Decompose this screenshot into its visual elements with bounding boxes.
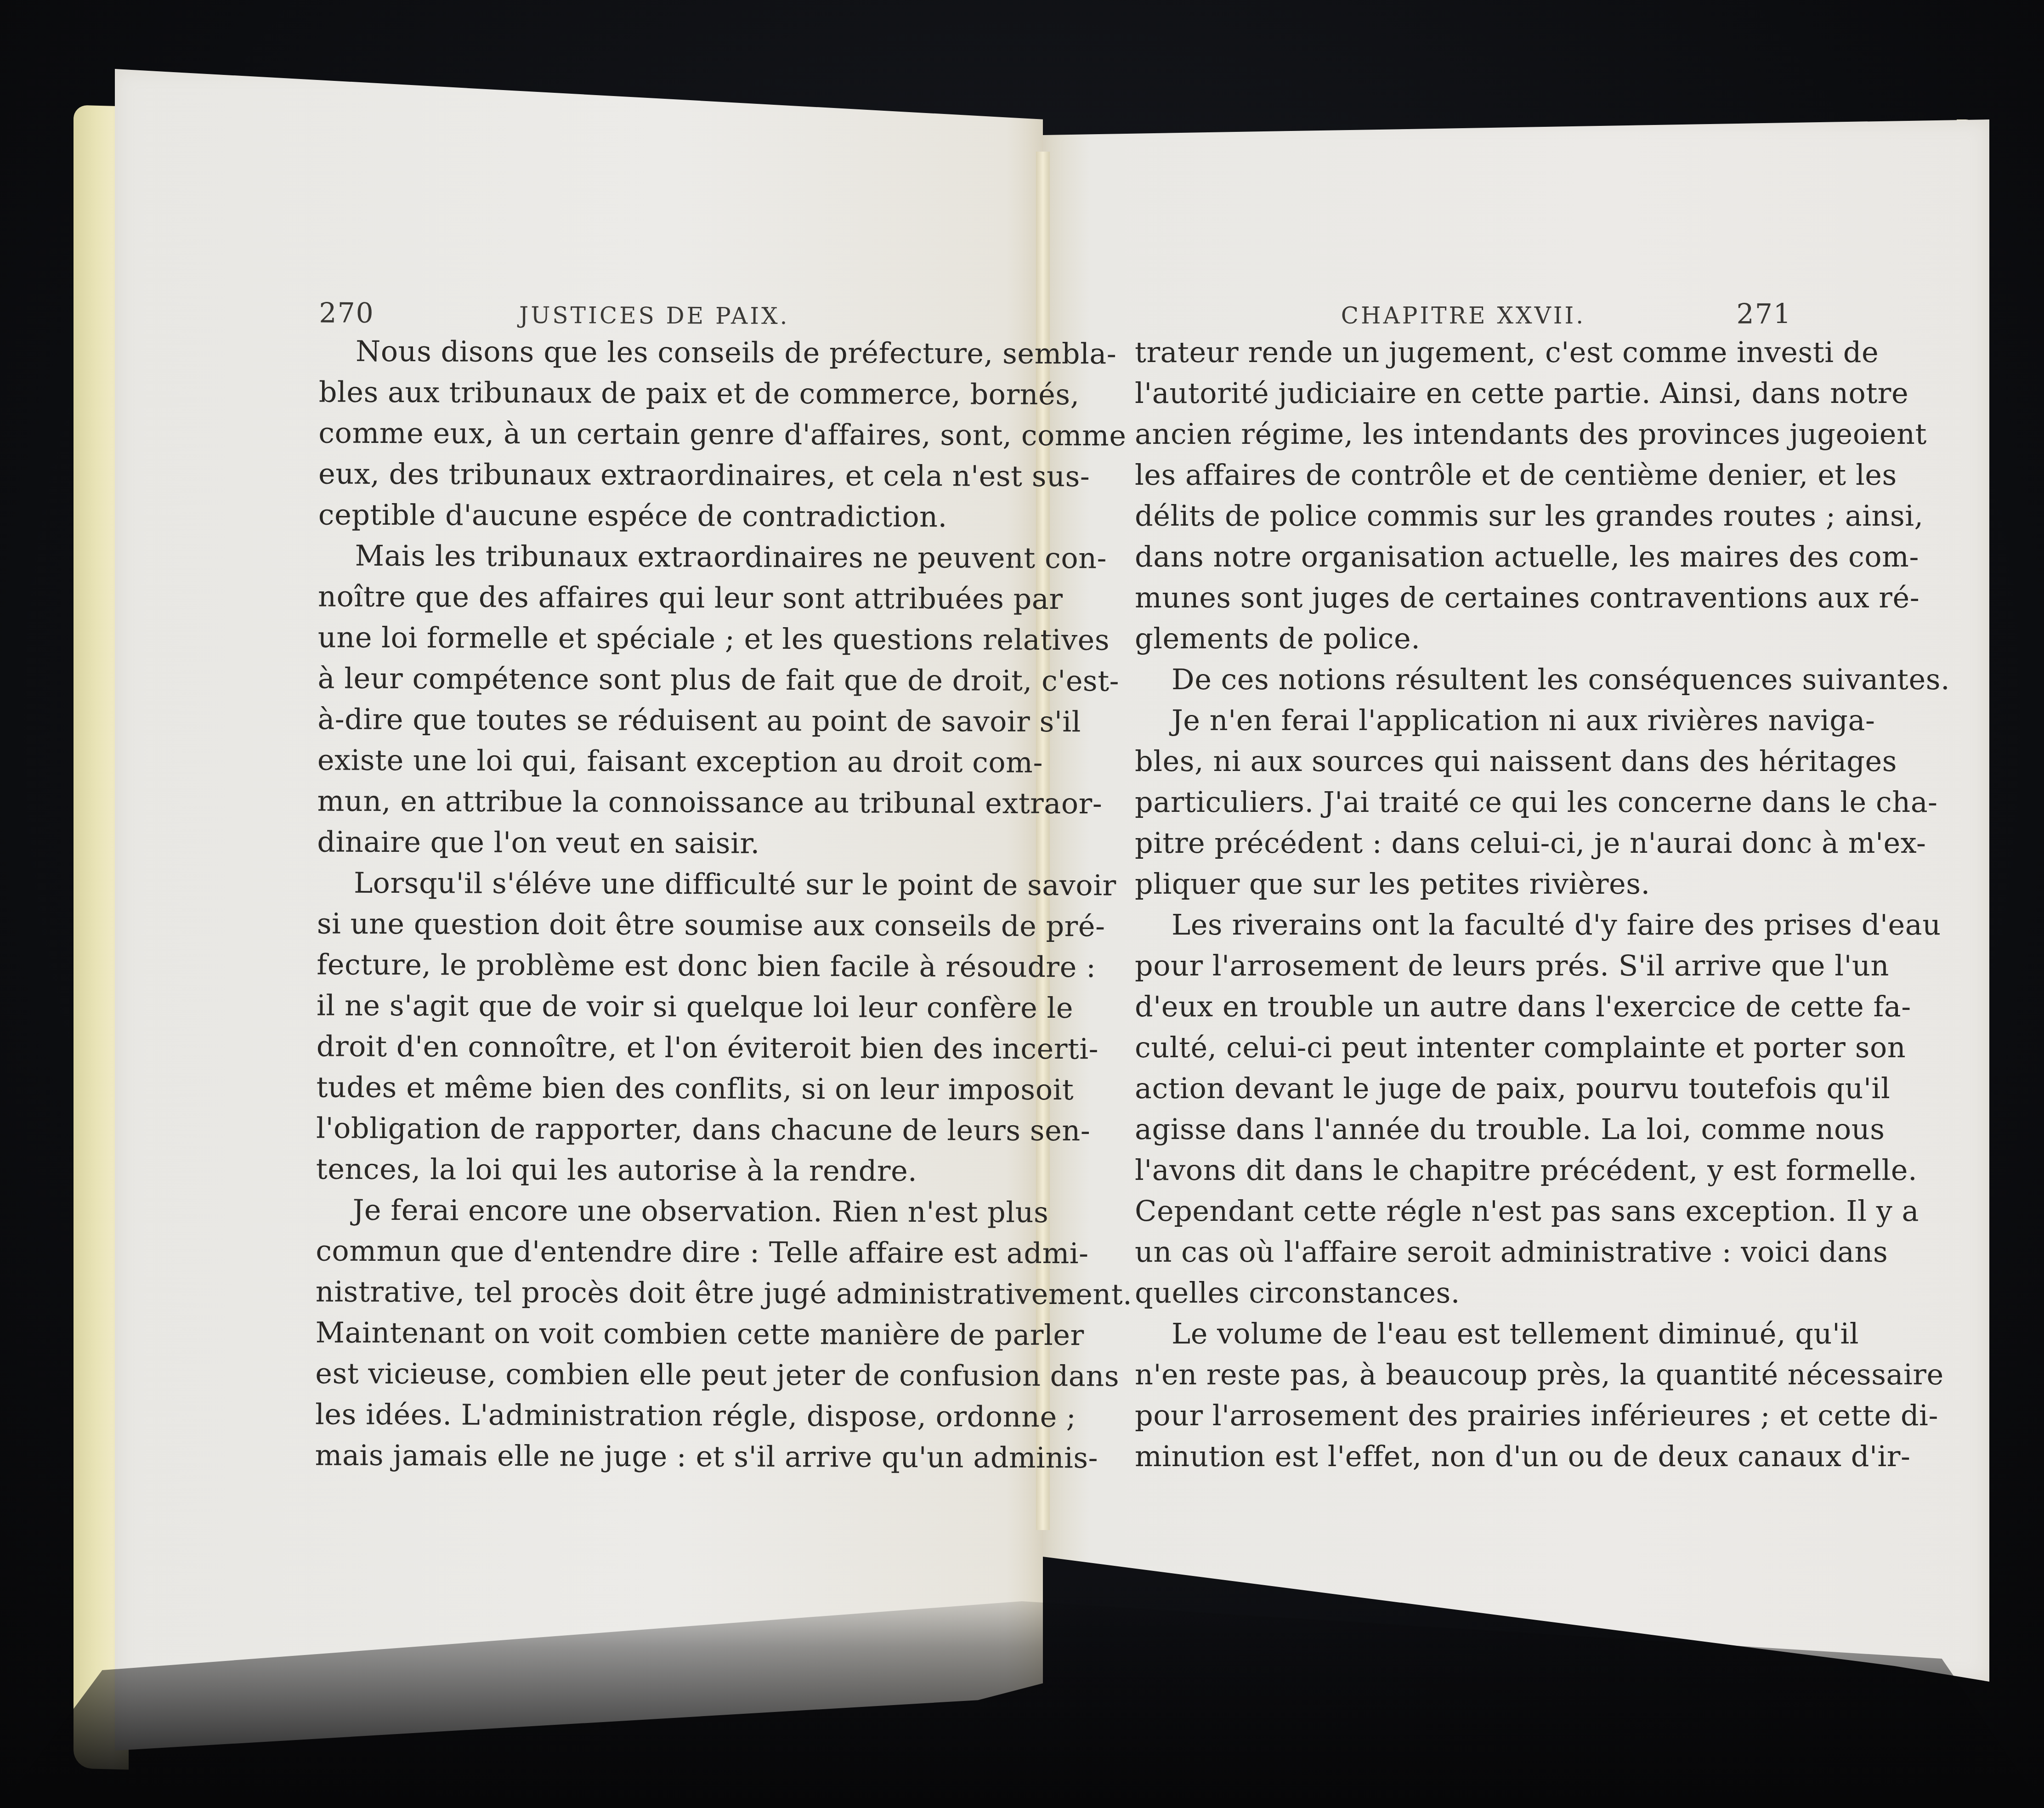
text-line: ceptible d'aucune espéce de contradictio… (318, 494, 989, 537)
text-line: délits de police commis sur les grandes … (1135, 495, 1792, 536)
page-number: 271 (1736, 294, 1792, 335)
text-line: l'obligation de rapporter, dans chacune … (316, 1107, 987, 1151)
text-line: agisse dans l'année du trouble. La loi, … (1135, 1109, 1792, 1150)
text-line: Lorsqu'il s'éléve une difficulté sur le … (317, 862, 988, 905)
text-line: existe une loi qui, faisant exception au… (317, 739, 988, 782)
text-line: Je ferai encore une observation. Rien n'… (316, 1189, 986, 1232)
text-line: l'autorité judiciaire en cette partie. A… (1135, 373, 1792, 414)
text-line: bles, ni aux sources qui naissent dans d… (1135, 741, 1792, 782)
text-line: dinaire que l'on veut en saisir. (317, 821, 988, 864)
text-line: quelles circonstances. (1135, 1272, 1792, 1313)
text-line: Maintenant on voit combien cette manière… (315, 1312, 986, 1355)
left-body: Nous disons que les conseils de préfectu… (315, 330, 990, 1478)
text-line: les idées. L'administration régle, dispo… (315, 1394, 986, 1437)
text-line: Les riverains ont la faculté d'y faire d… (1135, 904, 1792, 945)
text-line: noître que des affaires qui leur sont at… (318, 576, 989, 619)
left-running-head: 270 JUSTICES DE PAIX. 000 (319, 293, 990, 327)
running-title: CHAPITRE XXVII. (1190, 295, 1737, 336)
text-line: eux, des tribunaux extraordinaires, et c… (318, 453, 989, 496)
right-page-text: 000 CHAPITRE XXVII. 271 trateur rende un… (1135, 294, 1792, 1477)
text-line: nistrative, tel procès doit être jugé ad… (316, 1271, 986, 1314)
text-line: De ces notions résultent les conséquence… (1135, 659, 1792, 700)
text-line: mais jamais elle ne juge : et s'il arriv… (315, 1434, 986, 1478)
text-line: n'en reste pas, à beaucoup près, la quan… (1135, 1354, 1792, 1395)
text-line: glements de police. (1135, 618, 1792, 659)
text-line: Mais les tribunaux extraordinaires ne pe… (318, 535, 989, 578)
right-body: trateur rende un jugement, c'est comme i… (1135, 332, 1792, 1477)
text-line: droit d'en connoître, et l'on éviteroit … (317, 1026, 987, 1069)
text-line: commun que d'entendre dire : Telle affai… (316, 1230, 986, 1273)
text-line: d'eux en trouble un autre dans l'exercic… (1135, 986, 1792, 1027)
text-line: culté, celui-ci peut intenter complainte… (1135, 1027, 1792, 1068)
page-number: 270 (319, 293, 374, 334)
text-line: tences, la loi qui les autorise à la ren… (316, 1148, 987, 1191)
text-line: il ne s'agit que de voir si quelque loi … (317, 985, 987, 1028)
text-line: bles aux tribunaux de paix et de commerc… (319, 371, 990, 414)
text-line: Je n'en ferai l'application ni aux riviè… (1135, 700, 1792, 741)
text-line: à-dire que toutes se réduisent au point … (317, 698, 988, 742)
text-line: les affaires de contrôle et de centième … (1135, 454, 1792, 495)
text-line: ancien régime, les intendants des provin… (1135, 414, 1792, 454)
text-line: comme eux, à un certain genre d'affaires… (318, 412, 989, 455)
text-line: fecture, le problème est donc bien facil… (317, 944, 987, 987)
left-page-text: 270 JUSTICES DE PAIX. 000 Nous disons qu… (315, 293, 990, 1478)
text-line: Nous disons que les conseils de préfectu… (319, 330, 990, 374)
text-line: une loi formelle et spéciale ; et les qu… (318, 617, 989, 660)
text-line: dans notre organisation actuelle, les ma… (1135, 536, 1792, 577)
text-line: est vicieuse, combien elle peut jeter de… (315, 1353, 986, 1396)
text-line: Cependant cette régle n'est pas sans exc… (1135, 1190, 1792, 1231)
text-line: Le volume de l'eau est tellement diminué… (1135, 1313, 1792, 1354)
text-line: si une question doit être soumise aux co… (317, 903, 988, 946)
text-line: pour l'arrosement des prairies inférieur… (1135, 1395, 1792, 1436)
text-line: pitre précédent : dans celui-ci, je n'au… (1135, 822, 1792, 863)
open-book: 270 JUSTICES DE PAIX. 000 Nous disons qu… (0, 0, 2044, 1808)
text-line: pour l'arrosement de leurs prés. S'il ar… (1135, 945, 1792, 986)
text-line: minution est l'effet, non d'un ou de deu… (1135, 1436, 1792, 1477)
text-line: trateur rende un jugement, c'est comme i… (1135, 332, 1792, 373)
text-line: particuliers. J'ai traité ce qui les con… (1135, 782, 1792, 822)
text-line: à leur compétence sont plus de fait que … (317, 657, 988, 701)
text-line: mun, en attribue la connoissance au trib… (317, 780, 988, 823)
text-line: l'avons dit dans le chapitre précédent, … (1135, 1150, 1792, 1190)
text-line: tudes et même bien des conflits, si on l… (316, 1066, 987, 1110)
text-line: munes sont juges de certaines contravent… (1135, 577, 1792, 618)
text-line: pliquer que sur les petites rivières. (1135, 863, 1792, 904)
right-running-head: 000 CHAPITRE XXVII. 271 (1135, 294, 1792, 326)
text-line: action devant le juge de paix, pourvu to… (1135, 1068, 1792, 1109)
text-line: un cas où l'affaire seroit administrativ… (1135, 1231, 1792, 1272)
